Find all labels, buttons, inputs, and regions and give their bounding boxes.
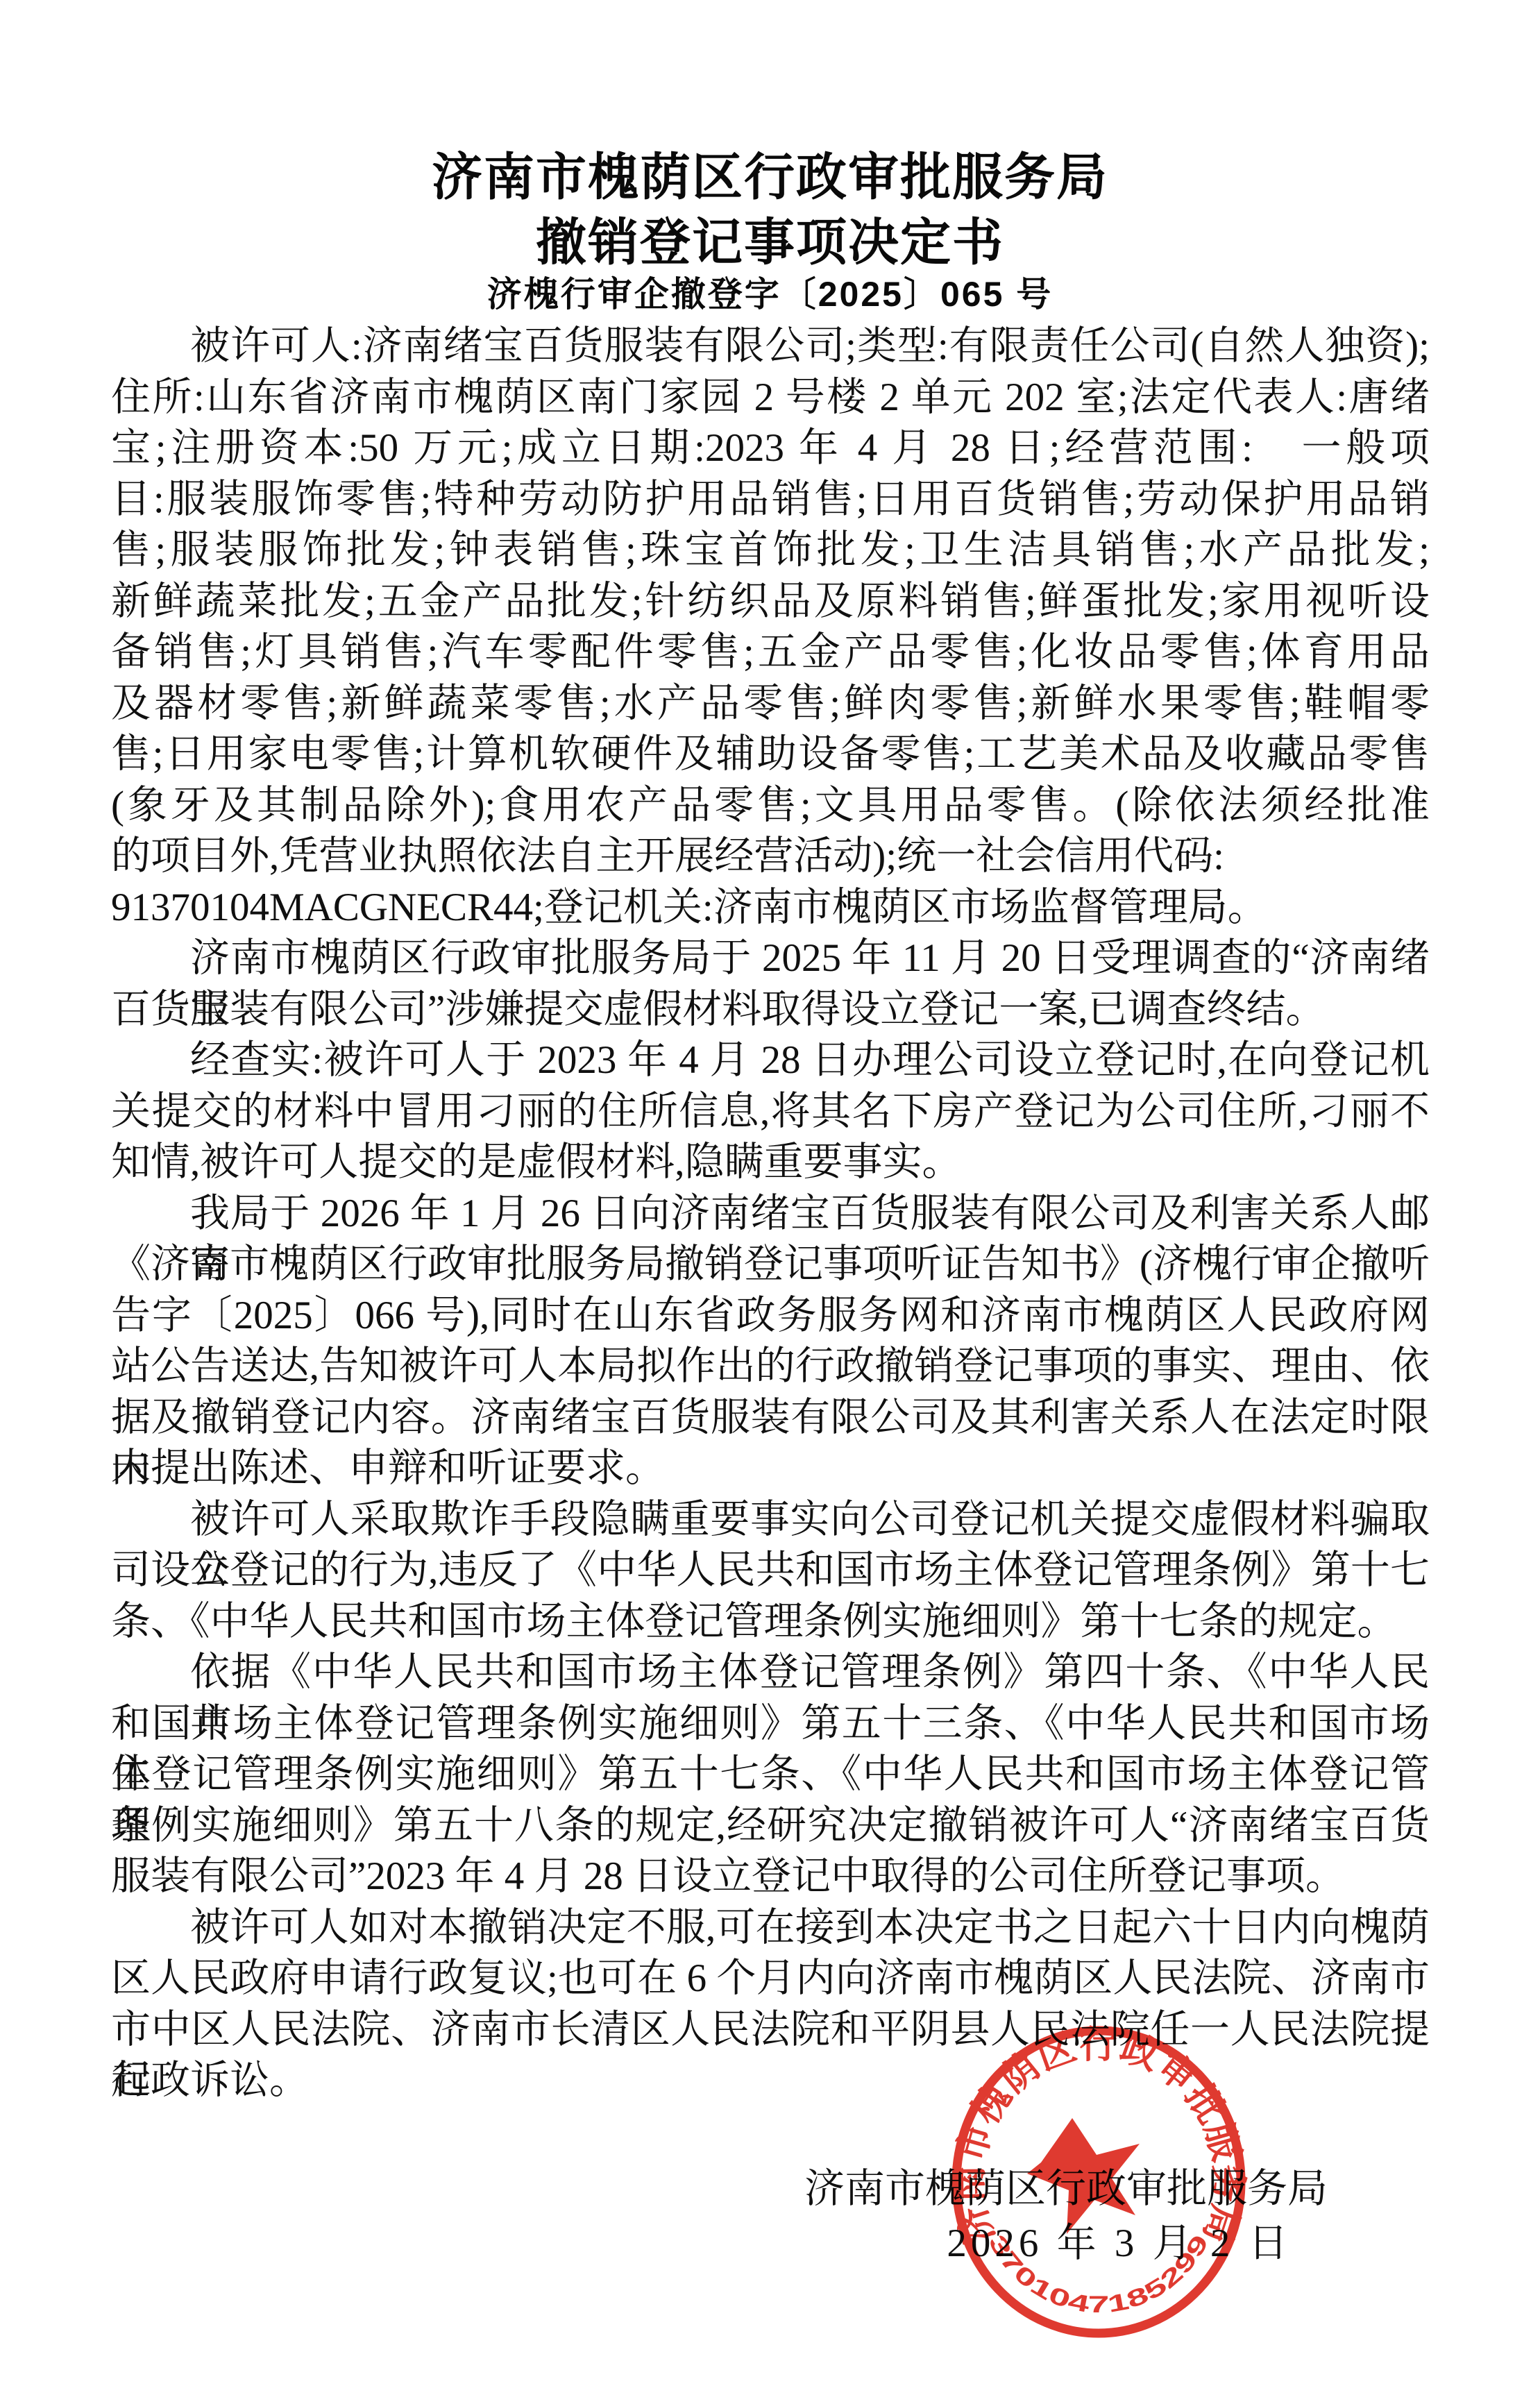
official-seal: 济南市槐荫区行政审批服务局 3701047185299 — [946, 2021, 1251, 2344]
body-line: 区人民政府申请行政复议;也可在 6 个月内向济南市槐荫区人民法院、济南市 — [111, 1953, 1430, 2004]
body-line: 服装有限公司”2023 年 4 月 28 日设立登记中取得的公司住所登记事项。 — [111, 1851, 1430, 1902]
body-line: 百货服装有限公司”涉嫌提交虚假材料取得设立登记一案,已调查终结。 — [111, 984, 1430, 1035]
body-line: 备销售;灯具销售;汽车零配件零售;五金产品零售;化妆品零售;体育用品 — [111, 627, 1430, 678]
body-line: (象牙及其制品除外);食用农产品零售;文具用品零售。(除依法须经批准 — [111, 780, 1430, 831]
body-line: 目:服装服饰零售;特种劳动防护用品销售;日用百货销售;劳动保护用品销 — [111, 474, 1430, 525]
body-line: 条、《中华人民共和国市场主体登记管理条例实施细则》第十七条的规定。 — [111, 1596, 1430, 1648]
body-line: 条例实施细则》第五十八条的规定,经研究决定撤销被许可人“济南绪宝百货 — [111, 1800, 1430, 1852]
body-line: 宝;注册资本:50 万元;成立日期:2023 年 4 月 28 日;经营范围: … — [111, 423, 1430, 474]
body-line: 售;服装服饰批发;钟表销售;珠宝首饰批发;卫生洁具销售;水产品批发; — [111, 525, 1430, 576]
body-line: 《济南市槐荫区行政审批服务局撤销登记事项听证告知书》(济槐行审企撤听 — [111, 1239, 1430, 1290]
body-line: 济南市槐荫区行政审批服务局于 2025 年 11 月 20 日受理调查的“济南绪… — [111, 933, 1430, 984]
body-line: 被许可人采取欺诈手段隐瞒重要事实向公司登记机关提交虚假材料骗取公 — [111, 1494, 1430, 1546]
body-line: 依据《中华人民共和国市场主体登记管理条例》第四十条、《中华人民共 — [111, 1647, 1430, 1698]
body-line: 91370104MACGNECR44;登记机关:济南市槐荫区市场监督管理局。 — [111, 882, 1430, 933]
body-line: 及器材零售;新鲜蔬菜零售;水产品零售;鲜肉零售;新鲜水果零售;鞋帽零 — [111, 678, 1430, 729]
document-title-line1: 济南市槐荫区行政审批服务局 — [0, 136, 1540, 209]
seal-star-icon — [1027, 2118, 1140, 2234]
body-line: 据及撤销登记内容。济南绪宝百货服装有限公司及其利害关系人在法定时限内 — [111, 1392, 1430, 1444]
body-line: 告字〔2025〕066 号),同时在山东省政务服务网和济南市槐荫区人民政府网 — [111, 1290, 1430, 1341]
body-line: 我局于 2026 年 1 月 26 日向济南绪宝百货服装有限公司及利害关系人邮寄 — [111, 1188, 1430, 1239]
body-line: 售;日用家电零售;计算机软硬件及辅助设备零售;工艺美术品及收藏品零售 — [111, 729, 1430, 780]
body-line: 的项目外,凭营业执照依法自主开展经营活动);统一社会信用代码: — [111, 831, 1430, 882]
body-line: 知情,被许可人提交的是虚假材料,隐瞒重要事实。 — [111, 1137, 1430, 1188]
document-title-line2: 撤销登记事项决定书 — [0, 201, 1540, 274]
body-line: 经查实:被许可人于 2023 年 4 月 28 日办理公司设立登记时,在向登记机 — [111, 1035, 1430, 1086]
seal-ring-text: 济南市槐荫区行政审批服务局 — [949, 2024, 1249, 2249]
body-line: 被许可人如对本撤销决定不服,可在接到本决定书之日起六十日内向槐荫 — [111, 1902, 1430, 1954]
body-line: 站公告送达,告知被许可人本局拟作出的行政撤销登记事项的事实、理由、依 — [111, 1341, 1430, 1392]
body-line: 住所:山东省济南市槐荫区南门家园 2 号楼 2 单元 202 室;法定代表人:唐… — [111, 372, 1430, 423]
document-number: 济槐行审企撤登字〔2025〕065 号 — [0, 266, 1540, 316]
document-body: 被许可人:济南绪宝百货服装有限公司;类型:有限责任公司(自然人独资);住所:山东… — [111, 321, 1430, 2106]
body-line: 未提出陈述、申辩和听证要求。 — [111, 1443, 1430, 1494]
body-line: 体登记管理条例实施细则》第五十七条、《中华人民共和国市场主体登记管理 — [111, 1749, 1430, 1800]
body-line: 司设立登记的行为,违反了《中华人民共和国市场主体登记管理条例》第十七 — [111, 1545, 1430, 1596]
body-line: 关提交的材料中冒用刁丽的住所信息,将其名下房产登记为公司住所,刁丽不 — [111, 1086, 1430, 1137]
body-line: 被许可人:济南绪宝百货服装有限公司;类型:有限责任公司(自然人独资); — [111, 321, 1430, 372]
body-line: 和国市场主体登记管理条例实施细则》第五十三条、《中华人民共和国市场主 — [111, 1698, 1430, 1750]
body-line: 新鲜蔬菜批发;五金产品批发;针纺织品及原料销售;鲜蛋批发;家用视听设 — [111, 576, 1430, 627]
document-page: 济南市槐荫区行政审批服务局 撤销登记事项决定书 济槐行审企撤登字〔2025〕06… — [0, 0, 1540, 2404]
